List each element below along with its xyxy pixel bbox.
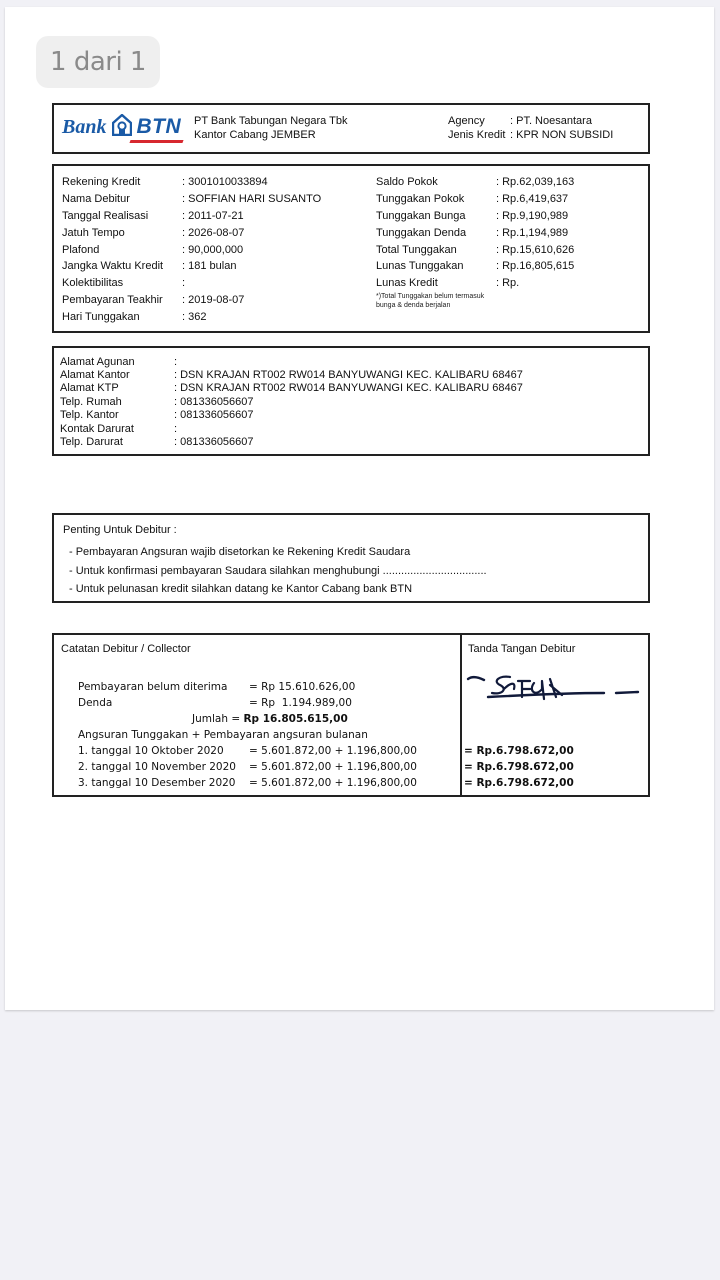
info-label: Plafond [62, 244, 182, 256]
info-label: Nama Debitur [62, 193, 182, 205]
info-value: : SOFFIAN HARI SUSANTO [182, 193, 321, 205]
info-value: : Rp.9,190,989 [496, 210, 568, 222]
signature-title: Tanda Tangan Debitur [468, 643, 575, 655]
info-value: : 362 [182, 311, 206, 323]
address-row: Alamat Agunan: [60, 355, 523, 368]
schedule-result: = Rp.6.798.672,00 [464, 775, 574, 791]
calc-value: = Rp 15.610.626,00 [249, 681, 355, 693]
jenis-kredit-label: Jenis Kredit [448, 128, 510, 142]
address-list: Alamat Agunan: Alamat Kantor: DSN KRAJAN… [60, 355, 523, 449]
schedule-results: = Rp.6.798.672,00 = Rp.6.798.672,00 = Rp… [464, 743, 574, 791]
info-value: : 3001010033894 [182, 176, 268, 188]
btn-logo: Bank BTN [62, 113, 181, 141]
info-label: Saldo Pokok [376, 176, 496, 188]
info-row: Rekening Kredit: 3001010033894 [62, 174, 321, 191]
schedule-date: 3. tanggal 10 Desember 2020 [78, 777, 249, 789]
info-value: : 2011-07-21 [182, 210, 244, 222]
signature-image [466, 671, 642, 712]
address-label: Alamat Kantor [60, 369, 174, 381]
schedule-result: = Rp.6.798.672,00 [464, 743, 574, 759]
catatan-title: Catatan Debitur / Collector [61, 643, 191, 655]
address-row: Alamat Kantor: DSN KRAJAN RT002 RW014 BA… [60, 368, 523, 381]
info-label: Tanggal Realisasi [62, 210, 182, 222]
info-row: Tunggakan Pokok: Rp.6,419,637 [376, 191, 574, 208]
notice-title: Penting Untuk Debitur : [63, 524, 177, 536]
info-row: Jangka Waktu Kredit: 181 bulan [62, 258, 321, 275]
logo-bank-text: Bank [62, 116, 106, 139]
address-value: : 081336056607 [174, 436, 254, 448]
credit-info-box: Rekening Kredit: 3001010033894 Nama Debi… [52, 164, 650, 333]
page-indicator: 1 dari 1 [36, 36, 160, 88]
address-label: Kontak Darurat [60, 423, 174, 435]
address-label: Telp. Kantor [60, 409, 174, 421]
info-value: : [182, 277, 185, 289]
schedule-formula: = 5.601.872,00 + 1.196,800,00 [249, 745, 417, 757]
info-label: Total Tunggakan [376, 244, 496, 256]
column-divider [460, 635, 462, 795]
address-row: Telp. Darurat: 081336056607 [60, 435, 523, 448]
address-label: Telp. Rumah [60, 396, 174, 408]
schedule-title: Angsuran Tunggakan + Pembayaran angsuran… [78, 727, 417, 743]
info-row: Pembayaran Teakhir: 2019-08-07 [62, 292, 321, 309]
info-row: Lunas Tunggakan: Rp.16,805,615 [376, 258, 574, 275]
info-value: : Rp.62,039,163 [496, 176, 574, 188]
schedule-date: 1. tanggal 10 Oktober 2020 [78, 745, 249, 757]
company-info: PT Bank Tabungan Negara Tbk Kantor Caban… [194, 114, 348, 142]
address-label: Alamat KTP [60, 382, 174, 394]
credit-info-left: Rekening Kredit: 3001010033894 Nama Debi… [62, 174, 321, 325]
info-label: Hari Tunggakan [62, 311, 182, 323]
notice-item: - Pembayaran Angsuran wajib disetorkan k… [69, 543, 487, 562]
info-label: Lunas Tunggakan [376, 260, 496, 272]
address-value: : 081336056607 [174, 396, 254, 408]
info-label: Lunas Kredit [376, 277, 496, 289]
info-row: Total Tunggakan: Rp.15,610,626 [376, 241, 574, 258]
agency-info: Agency: PT. Noesantara Jenis Kredit: KPR… [448, 114, 613, 142]
calc-total: Rp 16.805.615,00 [243, 713, 347, 725]
info-row: Hari Tunggakan: 362 [62, 308, 321, 325]
bank-header: Bank BTN PT Bank Tabungan Negara Tbk Kan… [52, 103, 650, 154]
catatan-box: Catatan Debitur / Collector Tanda Tangan… [52, 633, 650, 797]
agency-label: Agency [448, 114, 510, 128]
info-label: Kolektibilitas [62, 277, 182, 289]
address-value: : DSN KRAJAN RT002 RW014 BANYUWANGI KEC.… [174, 382, 523, 394]
info-label: Tunggakan Bunga [376, 210, 496, 222]
info-value: : 2026-08-07 [182, 227, 244, 239]
info-label: Jatuh Tempo [62, 227, 182, 239]
schedule-row: 3. tanggal 10 Desember 2020= 5.601.872,0… [78, 775, 417, 791]
info-row: Tanggal Realisasi: 2011-07-21 [62, 208, 321, 225]
address-row: Telp. Rumah: 081336056607 [60, 395, 523, 408]
address-box: Alamat Agunan: Alamat Kantor: DSN KRAJAN… [52, 346, 650, 456]
info-row: Plafond: 90,000,000 [62, 241, 321, 258]
info-row: Saldo Pokok: Rp.62,039,163 [376, 174, 574, 191]
notice-item: - Untuk konfirmasi pembayaran Saudara si… [69, 562, 487, 581]
calc-label: Pembayaran belum diterima [78, 681, 249, 693]
notice-item: - Untuk pelunasan kredit silahkan datang… [69, 580, 487, 599]
address-row: Kontak Darurat: [60, 422, 523, 435]
info-row: Jatuh Tempo: 2026-08-07 [62, 224, 321, 241]
address-value: : [174, 423, 177, 435]
info-label: Rekening Kredit [62, 176, 182, 188]
info-row: Nama Debitur: SOFFIAN HARI SUSANTO [62, 191, 321, 208]
branch-name: Kantor Cabang JEMBER [194, 128, 348, 142]
address-value: : 081336056607 [174, 409, 254, 421]
calc-label: Denda [78, 697, 249, 709]
info-row: Tunggakan Denda: Rp.1,194,989 [376, 224, 574, 241]
house-icon [112, 114, 132, 141]
calc-jumlah: Jumlah = Rp 16.805.615,00 [78, 711, 417, 727]
footnote: *)Total Tunggakan belum termasuk bunga &… [376, 292, 496, 310]
info-label: Pembayaran Teakhir [62, 294, 182, 306]
address-value: : [174, 356, 177, 368]
info-value: : 90,000,000 [182, 244, 243, 256]
calc-value: = Rp 1.194.989,00 [249, 697, 352, 709]
info-value: : Rp. [496, 277, 519, 289]
info-label: Tunggakan Denda [376, 227, 496, 239]
info-value: : Rp.1,194,989 [496, 227, 568, 239]
calc-label: Jumlah = [192, 713, 243, 725]
schedule-result: = Rp.6.798.672,00 [464, 759, 574, 775]
notice-list: - Pembayaran Angsuran wajib disetorkan k… [69, 543, 487, 599]
schedule-row: 2. tanggal 10 November 2020= 5.601.872,0… [78, 759, 417, 775]
info-label: Jangka Waktu Kredit [62, 260, 182, 272]
info-row: Kolektibilitas: [62, 275, 321, 292]
schedule-date: 2. tanggal 10 November 2020 [78, 761, 249, 773]
info-row: Tunggakan Bunga: Rp.9,190,989 [376, 208, 574, 225]
address-row: Alamat KTP: DSN KRAJAN RT002 RW014 BANYU… [60, 382, 523, 395]
calc-denda: Denda= Rp 1.194.989,00 [78, 695, 417, 711]
address-label: Telp. Darurat [60, 436, 174, 448]
info-value: : Rp.6,419,637 [496, 193, 568, 205]
info-value: : 2019-08-07 [182, 294, 244, 306]
info-label: Tunggakan Pokok [376, 193, 496, 205]
info-value: : 181 bulan [182, 260, 236, 272]
agency-value: : PT. Noesantara [510, 114, 592, 128]
address-value: : DSN KRAJAN RT002 RW014 BANYUWANGI KEC.… [174, 369, 523, 381]
schedule-formula: = 5.601.872,00 + 1.196,800,00 [249, 761, 417, 773]
info-row: Lunas Kredit: Rp. [376, 275, 574, 292]
address-row: Telp. Kantor: 081336056607 [60, 409, 523, 422]
document-page [5, 7, 714, 1010]
address-label: Alamat Agunan [60, 356, 174, 368]
info-value: : Rp.16,805,615 [496, 260, 574, 272]
schedule-formula: = 5.601.872,00 + 1.196,800,00 [249, 777, 417, 789]
calc-belum: Pembayaran belum diterima= Rp 15.610.626… [78, 679, 417, 695]
credit-info-right: Saldo Pokok: Rp.62,039,163 Tunggakan Pok… [376, 174, 574, 292]
company-name: PT Bank Tabungan Negara Tbk [194, 114, 348, 128]
jenis-kredit-value: : KPR NON SUBSIDI [510, 128, 613, 142]
info-value: : Rp.15,610,626 [496, 244, 574, 256]
notice-box: Penting Untuk Debitur : - Pembayaran Ang… [52, 513, 650, 603]
calculation: Pembayaran belum diterima= Rp 15.610.626… [78, 679, 417, 791]
logo-btn-text: BTN [136, 115, 181, 139]
schedule-row: 1. tanggal 10 Oktober 2020= 5.601.872,00… [78, 743, 417, 759]
